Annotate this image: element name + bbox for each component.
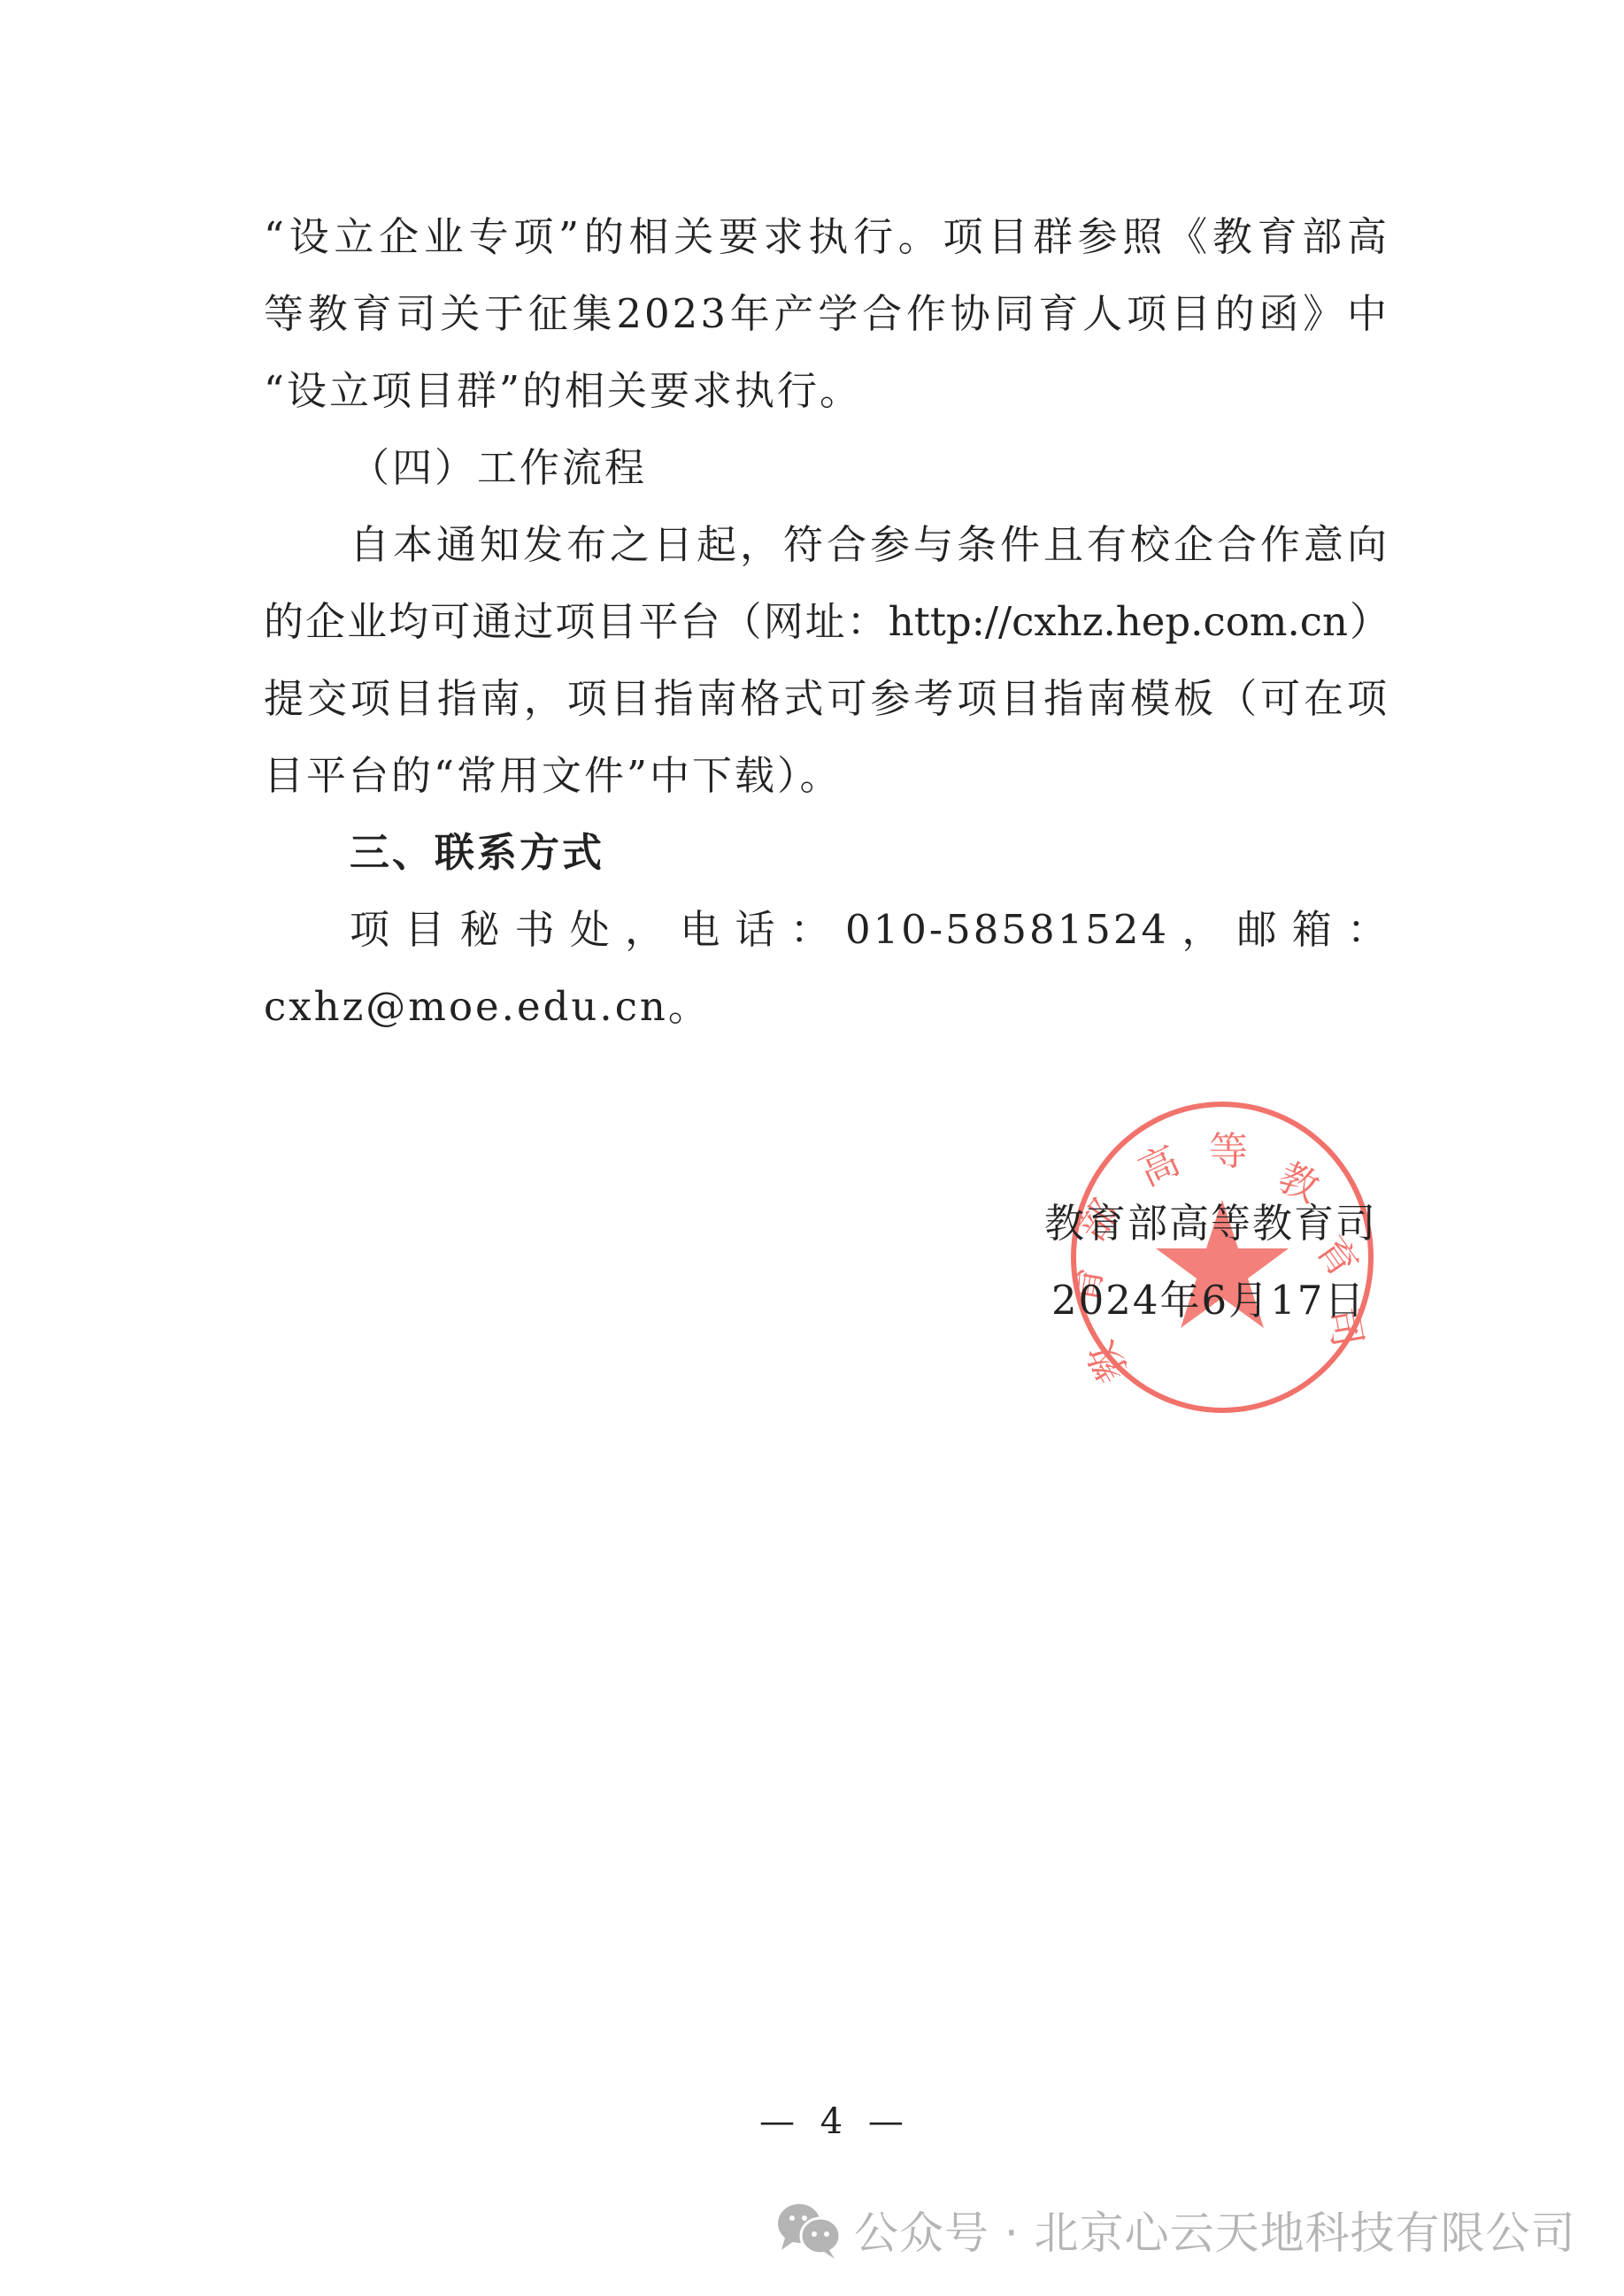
paragraph-line: “设立企业专项”的相关要求执行。项目群参照《教育部高 bbox=[264, 199, 1389, 275]
page-number: — 4 — bbox=[759, 2101, 911, 2142]
issuer-name: 教育部高等教育司 bbox=[1044, 1186, 1377, 1262]
section-heading-workflow: （四）工作流程 bbox=[350, 430, 1389, 506]
paragraph-line: 提交项目指南，项目指南格式可参考项目指南模板（可在项 bbox=[264, 661, 1389, 737]
paragraph-line: 目平台的“常用文件”中下载）。 bbox=[264, 738, 1389, 814]
svg-text:教: 教 bbox=[1079, 1333, 1137, 1390]
paragraph-line: 等教育司关于征集2023年产学合作协同育人项目的函》中 bbox=[264, 276, 1389, 352]
paragraph-line: “设立项目群”的相关要求执行。 bbox=[264, 353, 1389, 429]
document-page: “设立企业专项”的相关要求执行。项目群参照《教育部高 等教育司关于征集2023年… bbox=[0, 0, 1624, 2296]
paragraph-line: 自本通知发布之日起，符合参与条件且有校企合作意向 bbox=[350, 507, 1389, 583]
wechat-icon bbox=[774, 2199, 845, 2261]
watermark-text: 公众号 · 北京心云天地科技有限公司 bbox=[854, 2198, 1576, 2261]
contact-line: 项目秘书处，电话：010-58581524，邮箱： bbox=[350, 892, 1389, 968]
watermark: 公众号 · 北京心云天地科技有限公司 bbox=[774, 2194, 1576, 2265]
section-heading-contact: 三、联系方式 bbox=[350, 815, 1389, 891]
paragraph-line: 的企业均可通过项目平台（网址：http://cxhz.hep.com.cn） bbox=[264, 584, 1389, 660]
issue-date: 2024年6月17日 bbox=[1051, 1263, 1366, 1339]
contact-email: cxhz@moe.edu.cn。 bbox=[264, 969, 1389, 1045]
svg-text:等: 等 bbox=[1209, 1129, 1248, 1174]
